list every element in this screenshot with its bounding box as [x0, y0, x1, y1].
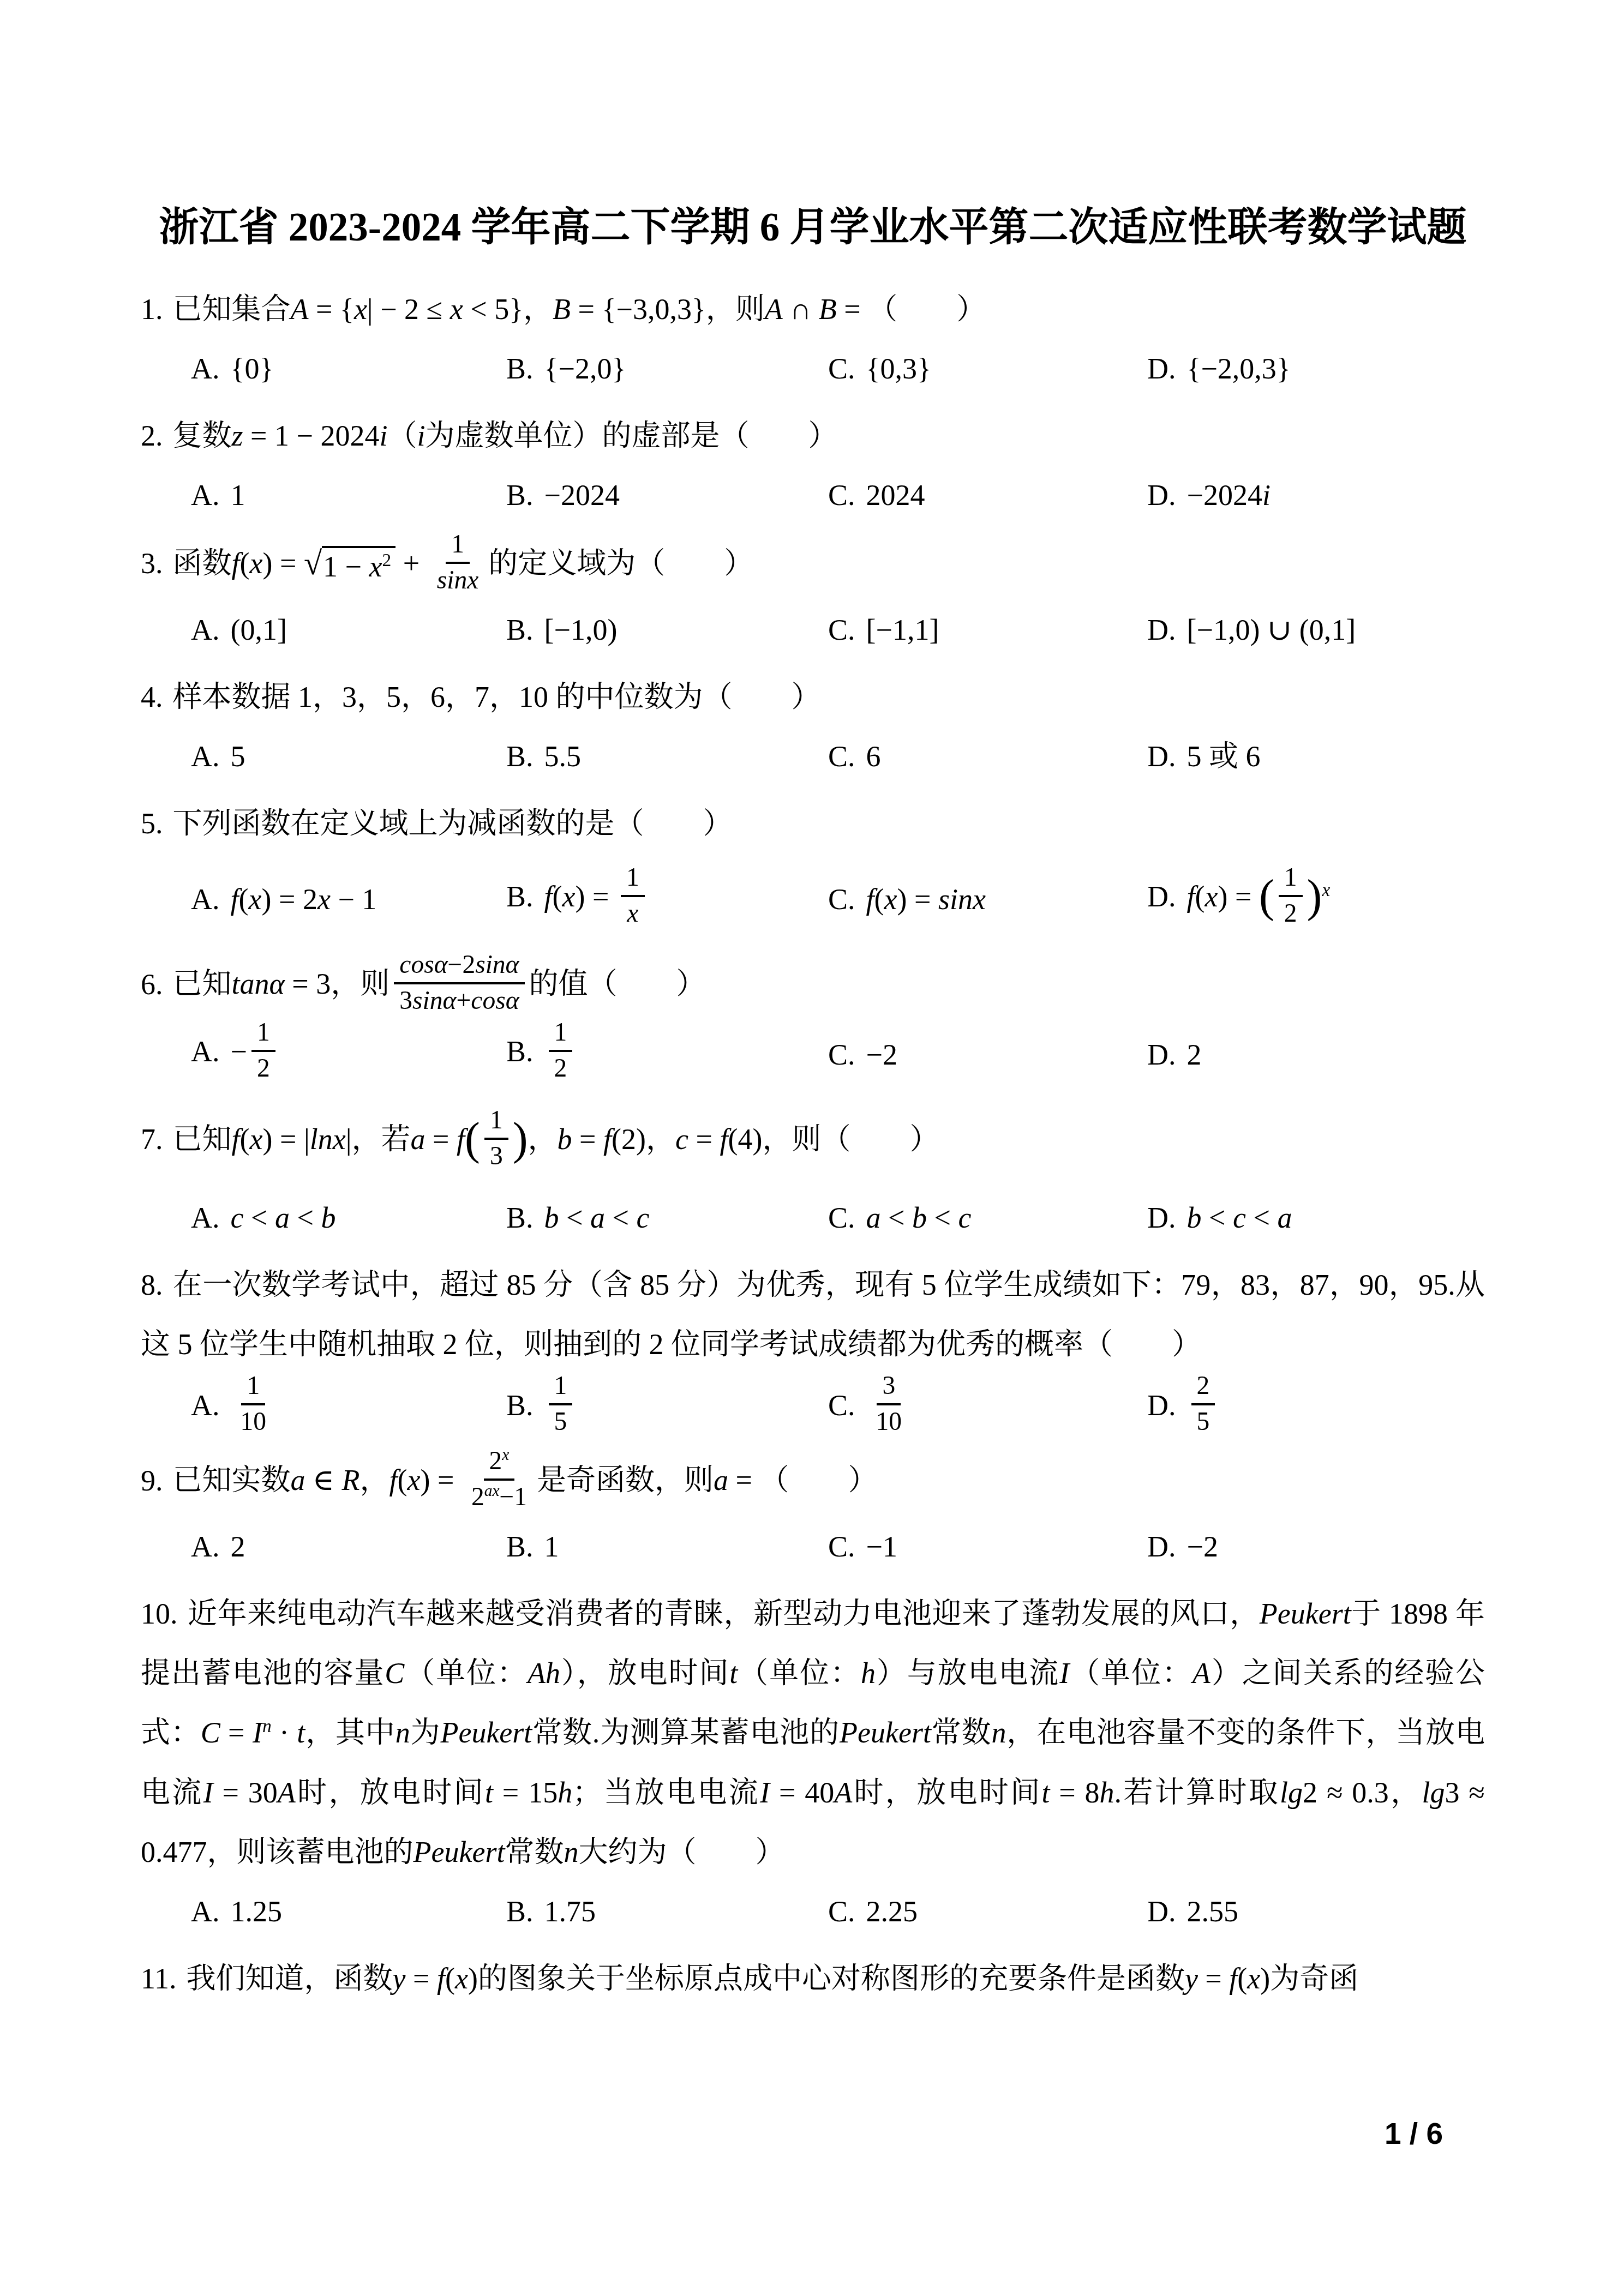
math-run: ax	[484, 1482, 500, 1500]
option-label: B.	[506, 1895, 534, 1928]
text-run: ，	[523, 293, 553, 326]
radical-sign: √	[304, 546, 322, 582]
question-number: 7.	[141, 1123, 163, 1156]
math-run: b = f(2)	[558, 1123, 646, 1156]
option-label: D.	[1147, 740, 1176, 773]
text-run: ，	[646, 1123, 675, 1156]
option-b: B.5.5	[506, 727, 828, 786]
math-run: x	[627, 899, 638, 928]
option-label: A.	[191, 1895, 220, 1928]
option-label: A.	[191, 883, 220, 916]
option-c: C.310	[828, 1374, 1147, 1442]
text-run: ，则	[706, 293, 765, 326]
fraction: 12	[549, 1017, 573, 1085]
fraction-numerator: 3	[877, 1371, 901, 1405]
radical: √1 − x2	[304, 546, 395, 585]
fraction-denominator: 10	[235, 1405, 272, 1438]
fraction-denominator: 2	[251, 1052, 275, 1085]
question-stem: 1.已知集合A = {x| − 2 ≤ x < 5}，B = {−3,0,3}，…	[141, 280, 1485, 339]
math-run: · t	[272, 1716, 305, 1749]
text-run: （单位：	[1069, 1657, 1192, 1690]
text-run: （单位：	[404, 1657, 528, 1690]
math-run: 2	[1284, 899, 1297, 928]
text-run: 复数	[173, 419, 232, 452]
radicand: 1 − x2	[322, 546, 395, 585]
math-run: f(x) = |lnx|	[232, 1123, 352, 1156]
math-run: I	[1059, 1657, 1069, 1690]
option-label: C.	[828, 740, 855, 773]
option-b: B.f(x) = 1x	[506, 866, 828, 934]
math-run: 1	[554, 1018, 567, 1047]
option-label: B.	[506, 1035, 534, 1068]
option-label: A.	[191, 740, 220, 773]
fraction-denominator: 2ax−1	[466, 1481, 532, 1513]
text-run: 的定义域为（ ）	[488, 547, 753, 580]
option-a: A.1.25	[191, 1882, 506, 1942]
option-label: C.	[828, 1201, 855, 1234]
option-label: C.	[828, 883, 855, 916]
math-run: {−2,0,3}	[1187, 352, 1291, 385]
text-run: 为奇函	[1270, 1962, 1358, 1995]
math-run: f(x) =	[1187, 880, 1259, 913]
option-d: D.b < c < a	[1147, 1188, 1485, 1248]
text-run: 为	[410, 1716, 441, 1749]
option-label: D.	[1147, 614, 1176, 646]
options-row: A.1B.−2024C.2024D.−2024i	[141, 466, 1485, 525]
option-d: D.−2	[1147, 1517, 1485, 1577]
math-run: A ∩ B =	[765, 293, 868, 326]
math-run: 5	[231, 740, 245, 773]
math-run: [−1,0) ∪ (0,1]	[1187, 614, 1356, 646]
fraction: 310	[871, 1371, 908, 1438]
question-block: 1.已知集合A = {x| − 2 ≤ x < 5}，B = {−3,0,3}，…	[141, 280, 1485, 399]
math-run: 2	[1197, 1372, 1210, 1400]
question-stem: 5.下列函数在定义域上为减函数的是（ ）	[141, 794, 1485, 854]
math-run: a ∈ R	[291, 1464, 360, 1497]
math-run: 2	[1187, 1038, 1202, 1071]
fraction-numerator: 1	[241, 1371, 265, 1405]
text-run: 下列函数在定义域上为减函数的是（ ）	[173, 807, 733, 840]
text-run: 是奇函数，则	[537, 1464, 714, 1497]
fraction: 2x2ax−1	[466, 1446, 532, 1513]
question-block: 6.已知tanα = 3，则cosα−2sinα3sinα+cosα的值（ ）A…	[141, 953, 1485, 1089]
text-run: （单位：	[738, 1657, 861, 1690]
fraction-numerator: cosα−2sinα	[394, 949, 524, 984]
question-block: 5.下列函数在定义域上为减函数的是（ ）A.f(x) = 2x − 1B.f(x…	[141, 794, 1485, 946]
text-run: ）与放电电流	[876, 1657, 1059, 1690]
math-run: c < a < b	[231, 1201, 336, 1234]
superscript: x	[1322, 880, 1330, 900]
text-run: （	[387, 419, 417, 452]
text-run: ，	[1389, 1776, 1422, 1809]
math-run: 2	[489, 1447, 502, 1475]
fraction: 1x	[621, 862, 645, 930]
fraction-denominator: sinx	[432, 564, 484, 597]
text-run: ，则	[331, 968, 389, 1001]
math-run: n	[991, 1716, 1006, 1749]
math-run: 2	[471, 1483, 484, 1511]
math-run: A = {x| − 2 ≤ x < 5}	[291, 293, 524, 326]
option-label: B.	[506, 614, 534, 646]
math-run: lg2 ≈ 0.3	[1280, 1776, 1389, 1809]
math-run: 1.25	[231, 1895, 283, 1928]
text-run: ；当放电电流	[572, 1776, 760, 1809]
option-a: A.c < a < b	[191, 1188, 506, 1248]
option-label: A.	[191, 352, 220, 385]
option-c: C.−2	[828, 1025, 1147, 1085]
math-run: Ah	[528, 1657, 560, 1690]
option-a: A.(0,1]	[191, 600, 506, 660]
option-label: C.	[828, 614, 855, 646]
text-run: ，	[359, 1464, 389, 1497]
math-run: t = 15h	[485, 1776, 572, 1809]
option-b: B.12	[506, 1021, 828, 1089]
math-run: a = f	[411, 1123, 465, 1156]
math-run: 1	[554, 1372, 567, 1400]
math-run: y = f(x)	[393, 1962, 478, 1995]
option-label: A.	[191, 1201, 220, 1234]
math-run: 1	[490, 1106, 503, 1134]
option-a: A.−12	[191, 1021, 506, 1089]
math-run: f(x) = 2x − 1	[231, 883, 377, 916]
text-run: 已知实数	[173, 1464, 291, 1497]
fraction-numerator: 2	[1191, 1371, 1215, 1405]
question-stem: 11.我们知道，函数y = f(x)的图象关于坐标原点成中心对称图形的充要条件是…	[141, 1949, 1485, 2009]
options-row: A.f(x) = 2x − 1B.f(x) = 1xC.f(x) = sinxD…	[141, 854, 1485, 946]
option-label: B.	[506, 1201, 534, 1234]
text-run: 函数	[173, 547, 232, 580]
question-block: 10.近年来纯电动汽车越来越受消费者的青睐，新型动力电池迎来了蓬勃发展的风口，P…	[141, 1584, 1485, 1941]
math-run: y = f(x)	[1185, 1962, 1270, 1995]
math-run: z = 1 − 2024i	[232, 419, 388, 452]
option-d: D.−2024i	[1147, 466, 1485, 525]
option-label: C.	[828, 352, 855, 385]
option-a: A.2	[191, 1517, 506, 1577]
options-row: A.110B.15C.310D.25	[141, 1374, 1485, 1442]
text-run: ，若	[352, 1123, 411, 1156]
option-label: D.	[1147, 1895, 1176, 1928]
fraction-numerator: 1	[549, 1371, 573, 1405]
question-block: 4.样本数据 1，3，5，6，7，10 的中位数为（ ）A.5B.5.5C.6D…	[141, 668, 1485, 786]
big-paren: (	[1259, 871, 1274, 922]
math-run: 1	[1284, 863, 1297, 892]
math-run: f(x) =	[232, 547, 304, 580]
math-run: x	[502, 1446, 509, 1464]
fraction-denominator: 3	[484, 1140, 508, 1173]
question-stem: 9.已知实数a ∈ R，f(x) = 2x2ax−1是奇函数，则a = （ ）	[141, 1450, 1485, 1517]
page-number: 1 / 6	[1385, 2116, 1443, 2151]
option-label: A.	[191, 614, 220, 646]
options-row: A.{0}B.{−2,0}C.{0,3}D.{−2,0,3}	[141, 339, 1485, 399]
math-run: 2	[554, 1054, 567, 1083]
math-run: Peukert	[440, 1716, 532, 1749]
question-number: 3.	[141, 547, 163, 580]
page-title: 浙江省 2023-2024 学年高二下学期 6 月学业水平第二次适应性联考数学试…	[141, 201, 1485, 255]
text-run: 已知	[173, 1123, 232, 1156]
fraction: 1sinx	[432, 529, 484, 597]
option-d: D.2	[1147, 1025, 1485, 1085]
math-run: sinx	[437, 566, 479, 594]
math-run: 10	[876, 1408, 902, 1436]
option-label: A.	[191, 1035, 220, 1068]
question-number: 5.	[141, 807, 163, 840]
text-run: 常数	[931, 1716, 992, 1749]
math-run: 1	[451, 530, 464, 558]
superscript: ax	[484, 1482, 500, 1500]
text-run: 的值（ ）	[529, 968, 706, 1001]
math-run: Peukert	[840, 1716, 931, 1749]
math-run: 3sinα+cosα	[399, 987, 519, 1015]
text-run: ，则（ ）	[762, 1123, 939, 1156]
math-run: 5.5	[544, 740, 582, 773]
question-number: 1.	[141, 293, 163, 326]
option-label: C.	[828, 1038, 855, 1071]
question-number: 11.	[141, 1962, 177, 1995]
fraction-denominator: x	[621, 897, 644, 930]
math-run: f(x) =	[544, 880, 616, 913]
text-run: 已知集合	[173, 293, 291, 326]
text-run: 大约为（ ）	[578, 1836, 784, 1868]
math-run: tanα = 3	[232, 968, 331, 1001]
option-b: B.1	[506, 1517, 828, 1577]
question-stem: 6.已知tanα = 3，则cosα−2sinα3sinα+cosα的值（ ）	[141, 953, 1485, 1021]
fraction-numerator: 1	[549, 1017, 573, 1052]
math-run: 3	[882, 1372, 895, 1400]
option-label: D.	[1147, 1530, 1176, 1563]
text-run: 常数.为测算某蓄电池的	[532, 1716, 840, 1749]
options-row: A.1.25B.1.75C.2.25D.2.55	[141, 1882, 1485, 1942]
option-d: D.f(x) = (12)x	[1147, 854, 1485, 946]
math-run: C = I	[201, 1716, 262, 1749]
option-label: B.	[506, 880, 534, 913]
math-run: h	[861, 1657, 876, 1690]
math-run: C	[385, 1657, 404, 1690]
big-paren: )	[513, 1114, 528, 1164]
option-a: A.5	[191, 727, 506, 786]
math-run: 1	[231, 479, 245, 512]
fraction-denominator: 5	[549, 1405, 573, 1438]
option-b: B.[−1,0)	[506, 600, 828, 660]
math-run: t = 8h	[1041, 1776, 1114, 1809]
math-run: −2	[866, 1038, 897, 1071]
option-label: C.	[828, 479, 855, 512]
math-run: n	[564, 1836, 578, 1868]
fraction-numerator: 1	[446, 529, 470, 564]
math-run: −2024	[544, 479, 620, 512]
text-run: ，其中	[305, 1716, 395, 1749]
math-run: I = 30A	[203, 1776, 296, 1809]
big-paren: )	[1307, 871, 1322, 922]
text-run: .若计算时取	[1114, 1776, 1280, 1809]
math-run: i	[417, 419, 425, 452]
question-block: 9.已知实数a ∈ R，f(x) = 2x2ax−1是奇函数，则a = （ ）A…	[141, 1450, 1485, 1577]
math-run: 5	[1187, 740, 1202, 773]
option-c: C.[−1,1]	[828, 600, 1147, 660]
question-number: 9.	[141, 1464, 163, 1497]
text-run: 样本数据 1，3，5，6，7，10 的中位数为（ ）	[173, 681, 821, 713]
text-run: ，则该蓄电池的	[207, 1836, 414, 1868]
options-row: A.(0,1]B.[−1,0)C.[−1,1]D.[−1,0) ∪ (0,1]	[141, 600, 1485, 660]
math-run: 5	[554, 1408, 567, 1436]
fraction-numerator: 1	[484, 1105, 508, 1140]
math-run: 10	[241, 1408, 267, 1436]
math-run: x	[1322, 880, 1330, 900]
fraction: 110	[235, 1371, 272, 1438]
math-run: f(x) =	[389, 1464, 461, 1497]
option-a: A.1	[191, 466, 506, 525]
option-label: B.	[506, 479, 534, 512]
fraction: 25	[1191, 1371, 1215, 1438]
math-run: (0,1]	[231, 614, 287, 646]
option-a: A.{0}	[191, 339, 506, 399]
option-label: B.	[506, 352, 534, 385]
option-label: D.	[1147, 1389, 1176, 1422]
fraction-denominator: 5	[1191, 1405, 1215, 1438]
math-run: Peukert	[1260, 1597, 1351, 1630]
superscript: n	[262, 1716, 272, 1736]
option-label: B.	[506, 740, 534, 773]
fraction-numerator: 1	[1279, 862, 1303, 897]
math-run: 2.25	[866, 1895, 918, 1928]
text-run: 在一次数学考试中，超过 85 分（含 85 分）为优秀，现有 5 位学生成绩如下…	[141, 1269, 1485, 1361]
question-number: 6.	[141, 968, 163, 1001]
math-run: 1	[626, 863, 639, 892]
option-d: D.5 或 6	[1147, 727, 1485, 786]
math-run: 2	[231, 1530, 245, 1563]
fraction: 15	[549, 1371, 573, 1438]
math-run: a =	[714, 1464, 759, 1497]
math-run: {0}	[231, 352, 274, 385]
option-c: C.−1	[828, 1517, 1147, 1577]
option-label: D.	[1147, 479, 1176, 512]
fraction-denominator: 10	[871, 1405, 908, 1438]
math-run: [−1,1]	[866, 614, 939, 646]
option-label: D.	[1147, 352, 1176, 385]
math-run: [−1,0)	[544, 614, 618, 646]
option-label: C.	[828, 1530, 855, 1563]
option-d: D.[−1,0) ∪ (0,1]	[1147, 600, 1485, 660]
option-label: B.	[506, 1389, 534, 1422]
question-stem: 10.近年来纯电动汽车越来越受消费者的青睐，新型动力电池迎来了蓬勃发展的风口，P…	[141, 1584, 1485, 1882]
exam-page: 浙江省 2023-2024 学年高二下学期 6 月学业水平第二次适应性联考数学试…	[0, 0, 1624, 2296]
text-run: ），放电时间	[560, 1657, 729, 1690]
fraction-numerator: 2x	[484, 1446, 515, 1481]
option-c: C.{0,3}	[828, 339, 1147, 399]
fraction: 13	[484, 1105, 508, 1173]
text-run: ，	[528, 1123, 558, 1156]
math-run: c = f(4)	[675, 1123, 762, 1156]
math-run: 2024	[866, 479, 925, 512]
math-run: cosα−2sinα	[399, 951, 519, 979]
fraction-denominator: 2	[549, 1052, 573, 1085]
question-block: 7.已知f(x) = |lnx|，若a = f(13)，b = f(2)，c =…	[141, 1096, 1485, 1248]
options-row: A.c < a < bB.b < a < cC.a < b < cD.b < c…	[141, 1188, 1485, 1248]
option-c: C.2.25	[828, 1882, 1147, 1942]
option-d: D.{−2,0,3}	[1147, 339, 1485, 399]
question-stem: 4.样本数据 1，3，5，6，7，10 的中位数为（ ）	[141, 668, 1485, 727]
option-b: B.1.75	[506, 1882, 828, 1942]
math-run: 1 − x	[323, 550, 382, 583]
math-run: +	[395, 547, 427, 580]
option-label: A.	[191, 1530, 220, 1563]
question-block: 8.在一次数学考试中，超过 85 分（含 85 分）为优秀，现有 5 位学生成绩…	[141, 1255, 1485, 1442]
math-run: n	[262, 1716, 272, 1736]
math-run: I = 40A	[760, 1776, 852, 1809]
option-label: B.	[506, 1530, 534, 1563]
math-run: −1	[499, 1483, 527, 1511]
fraction-denominator: 3sinα+cosα	[394, 984, 524, 1017]
text-run: 时，放电时间	[296, 1776, 485, 1809]
math-run: 2	[257, 1054, 270, 1083]
question-block: 3.函数f(x) = √1 − x2 + 1sinx的定义域为（ ）A.(0,1…	[141, 533, 1485, 660]
math-run: {0,3}	[866, 352, 931, 385]
question-number: 8.	[141, 1269, 163, 1301]
math-run: 3	[490, 1142, 503, 1170]
option-label: A.	[191, 1389, 220, 1422]
text-run: （ ）	[868, 293, 986, 326]
text-run: 常数	[505, 1836, 564, 1868]
math-run: −	[231, 1035, 247, 1068]
math-run: 6	[1246, 740, 1261, 773]
math-run: 1	[247, 1372, 260, 1400]
math-run: t	[729, 1657, 738, 1690]
text-run: 已知	[173, 968, 232, 1001]
text-run: 或	[1202, 740, 1246, 773]
option-b: B.b < a < c	[506, 1188, 828, 1248]
text-run: （ ）	[760, 1464, 878, 1497]
option-label: C.	[828, 1895, 855, 1928]
question-stem: 8.在一次数学考试中，超过 85 分（含 85 分）为优秀，现有 5 位学生成绩…	[141, 1255, 1485, 1374]
math-run: B = {−3,0,3}	[553, 293, 706, 326]
question-number: 4.	[141, 681, 163, 713]
superscript: x	[502, 1446, 509, 1464]
option-label: D.	[1147, 1038, 1176, 1071]
option-d: D.2.55	[1147, 1882, 1485, 1942]
option-a: A.f(x) = 2x − 1	[191, 870, 506, 929]
math-run: 1.75	[544, 1895, 596, 1928]
math-run: b < a < c	[544, 1201, 650, 1234]
fraction-numerator: 1	[251, 1017, 275, 1052]
math-run: −1	[866, 1530, 897, 1563]
fraction-numerator: 1	[621, 862, 645, 897]
math-run: a < b < c	[866, 1201, 972, 1234]
fraction: 12	[251, 1017, 275, 1085]
math-run: {−2,0}	[544, 352, 626, 385]
superscript: 2	[382, 550, 392, 570]
question-stem: 3.函数f(x) = √1 − x2 + 1sinx的定义域为（ ）	[141, 533, 1485, 600]
math-run: −2024i	[1187, 479, 1271, 512]
math-run: f(x) = sinx	[866, 883, 986, 916]
option-b: B.{−2,0}	[506, 339, 828, 399]
big-paren: (	[465, 1114, 480, 1164]
math-run: A	[1192, 1657, 1210, 1690]
math-run: 1	[257, 1018, 270, 1047]
option-c: C.6	[828, 727, 1147, 786]
options-row: A.5B.5.5C.6D.5 或 6	[141, 727, 1485, 786]
question-stem: 7.已知f(x) = |lnx|，若a = f(13)，b = f(2)，c =…	[141, 1096, 1485, 1188]
math-run: 1	[544, 1530, 559, 1563]
question-number: 10.	[141, 1597, 178, 1630]
math-run: Peukert	[414, 1836, 505, 1868]
option-d: D.25	[1147, 1374, 1485, 1442]
math-run: 2.55	[1187, 1895, 1239, 1928]
option-a: A.110	[191, 1374, 506, 1442]
question-list: 1.已知集合A = {x| − 2 ≤ x < 5}，B = {−3,0,3}，…	[141, 280, 1485, 2009]
fraction-denominator: 2	[1279, 897, 1303, 930]
question-block: 2.复数z = 1 − 2024i（i为虚数单位）的虚部是（ ）A.1B.−20…	[141, 406, 1485, 525]
option-c: C.2024	[828, 466, 1147, 525]
text-run: 我们知道，函数	[187, 1962, 393, 1995]
